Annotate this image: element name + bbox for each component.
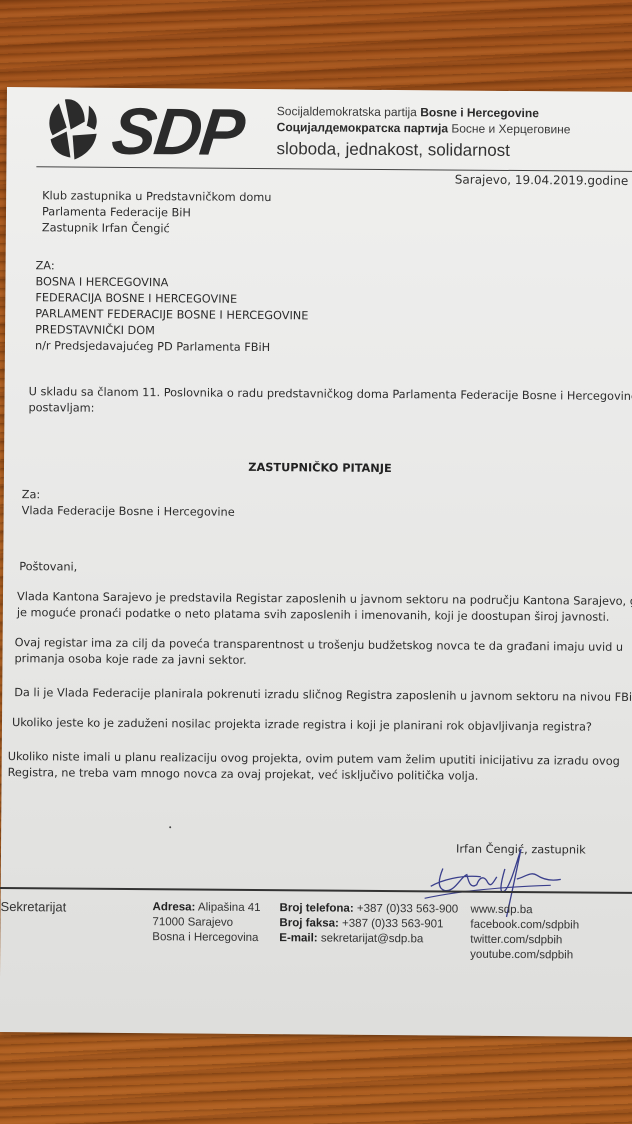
website-link: www.sdp.ba [470, 903, 579, 919]
youtube-link: youtube.com/sdpbih [470, 948, 579, 964]
party-motto: sloboda, jednakost, solidarnost [276, 139, 510, 161]
stray-mark [169, 826, 171, 828]
twitter-link: twitter.com/sdpbih [470, 933, 579, 949]
recipient-block: ZA: BOSNA I HERCEGOVINA FEDERACIJA BOSNE… [35, 258, 309, 356]
sender-block: Klub zastupnika u Predstavničkom domu Pa… [42, 188, 272, 238]
party-name-cyrillic: Социјалдемократска партија Босне и Херце… [277, 119, 571, 137]
addressee-block: Za: Vlada Federacije Bosne i Hercegovine [22, 487, 235, 521]
footer-label: Sekretarijat [1, 899, 67, 915]
greeting: Poštovani, [19, 559, 77, 575]
email-address: sekretarijat@sdp.ba [321, 932, 424, 945]
facebook-link: facebook.com/sdpbih [470, 918, 579, 934]
rose-leaves-icon [44, 97, 107, 163]
sdp-logo: SDP [44, 97, 242, 165]
party-name: Socijaldemokratska partija Bosne i Herce… [277, 103, 571, 137]
body-paragraph: Da li je Vlada Federacije planirala pokr… [14, 685, 632, 706]
footer-contact: Broj telefona: +387 (0)33 563-900 Broj f… [279, 901, 458, 947]
footer-links: www.sdp.ba facebook.com/sdpbih twitter.c… [470, 903, 579, 964]
phone-number: +387 (0)33 563-900 [357, 903, 458, 916]
logo-wordmark: SDP [109, 98, 246, 165]
intro-paragraph: U skladu sa članom 11. Poslovnika o radu… [28, 384, 632, 421]
body-paragraph: Ukoliko jeste ko je zaduženi nosilac pro… [12, 715, 592, 736]
letter-date: Sarajevo, 19.04.2019.godine [455, 173, 629, 188]
body-paragraph: Ukoliko niste imali u planu realizaciju … [8, 749, 620, 786]
header-divider [36, 166, 632, 172]
fax-number: +387 (0)33 563-901 [342, 918, 443, 931]
letter-paper: SDP Socijaldemokratska partija Bosne i H… [0, 87, 632, 1037]
footer-address: Adresa: Alipašina 41 71000 Sarajevo Bosn… [152, 900, 260, 946]
document-heading: ZASTUPNIČKO PITANJE [4, 459, 632, 477]
body-paragraph: Ovaj registar ima za cilj da poveća tran… [14, 635, 623, 672]
body-paragraph: Vlada Kantona Sarajevo je predstavila Re… [17, 589, 632, 626]
